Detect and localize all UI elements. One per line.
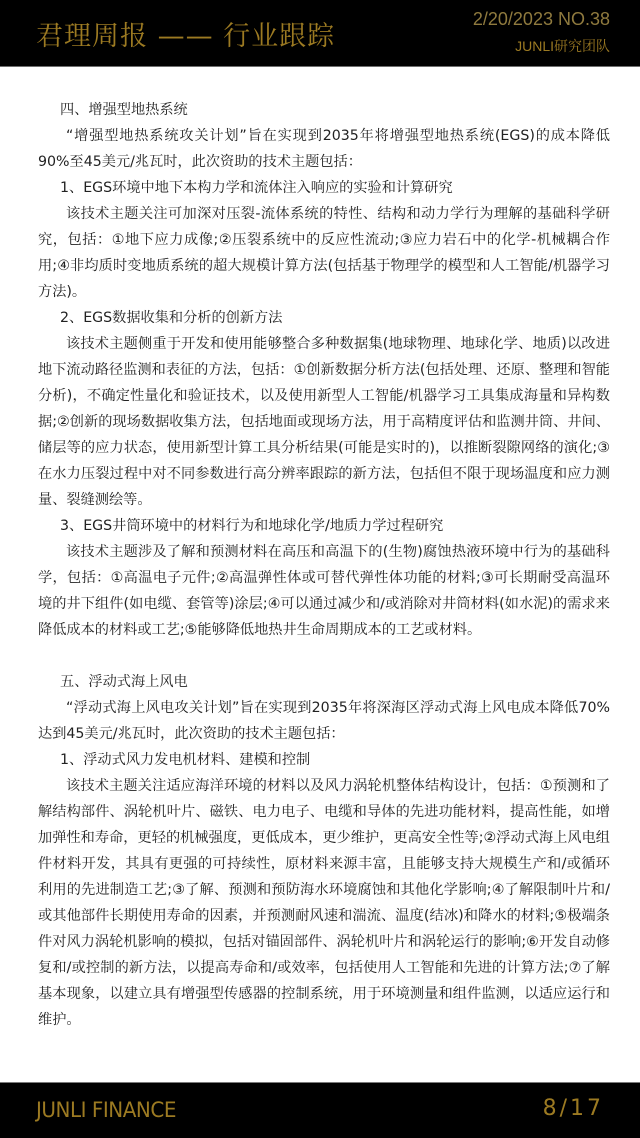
section-spacer xyxy=(38,643,610,669)
section-intro: “浮动式海上风电攻关计划”旨在实现到2035年将深海区浮动式海上风电成本降低70… xyxy=(38,695,610,747)
topic-body: 该技术主题关注可加深对压裂-流体系统的特性、结构和动力学行为理解的基础科学研究，… xyxy=(38,201,610,305)
section-floating-offshore-wind: 五、浮动式海上风电 “浮动式海上风电攻关计划”旨在实现到2035年将深海区浮动式… xyxy=(38,669,610,1033)
issue-date-number: 2/20/2023 NO.38 xyxy=(473,9,610,30)
research-team: JUNLI研究团队 xyxy=(515,36,610,56)
footer-brand: JUNLI FINANCE xyxy=(36,1098,176,1122)
section-heading: 五、浮动式海上风电 xyxy=(38,669,610,695)
topic-title: 3、EGS井筒环境中的材料行为和地球化学/地质力学过程研究 xyxy=(38,513,610,539)
section-heading: 四、增强型地热系统 xyxy=(38,97,610,123)
topic-title: 1、浮动式风力发电机材料、建模和控制 xyxy=(38,747,610,773)
page-footer: JUNLI FINANCE 8/17 xyxy=(0,1082,640,1138)
topic-title: 2、EGS数据收集和分析的创新方法 xyxy=(38,305,610,331)
page-header: 君理周报 —— 行业跟踪 2/20/2023 NO.38 JUNLI研究团队 xyxy=(0,0,640,67)
topic-body: 该技术主题侧重于开发和使用能够整合多种数据集(地球物理、地球化学、地质)以改进地… xyxy=(38,331,610,513)
page-number: 8/17 xyxy=(543,1096,604,1121)
report-title: 君理周报 —— 行业跟踪 xyxy=(36,14,335,53)
section-egs: 四、增强型地热系统 “增强型地热系统攻关计划”旨在实现到2035年将增强型地热系… xyxy=(38,97,610,643)
topic-body: 该技术主题涉及了解和预测材料在高压和高温下的(生物)腐蚀热液环境中行为的基础科学… xyxy=(38,539,610,643)
section-intro: “增强型地热系统攻关计划”旨在实现到2035年将增强型地热系统(EGS)的成本降… xyxy=(38,123,610,175)
article-body: 四、增强型地热系统 “增强型地热系统攻关计划”旨在实现到2035年将增强型地热系… xyxy=(38,97,610,1033)
topic-body: 该技术主题关注适应海洋环境的材料以及风力涡轮机整体结构设计，包括：①预测和了解结… xyxy=(38,773,610,1033)
topic-title: 1、EGS环境中地下本构力学和流体注入响应的实验和计算研究 xyxy=(38,175,610,201)
